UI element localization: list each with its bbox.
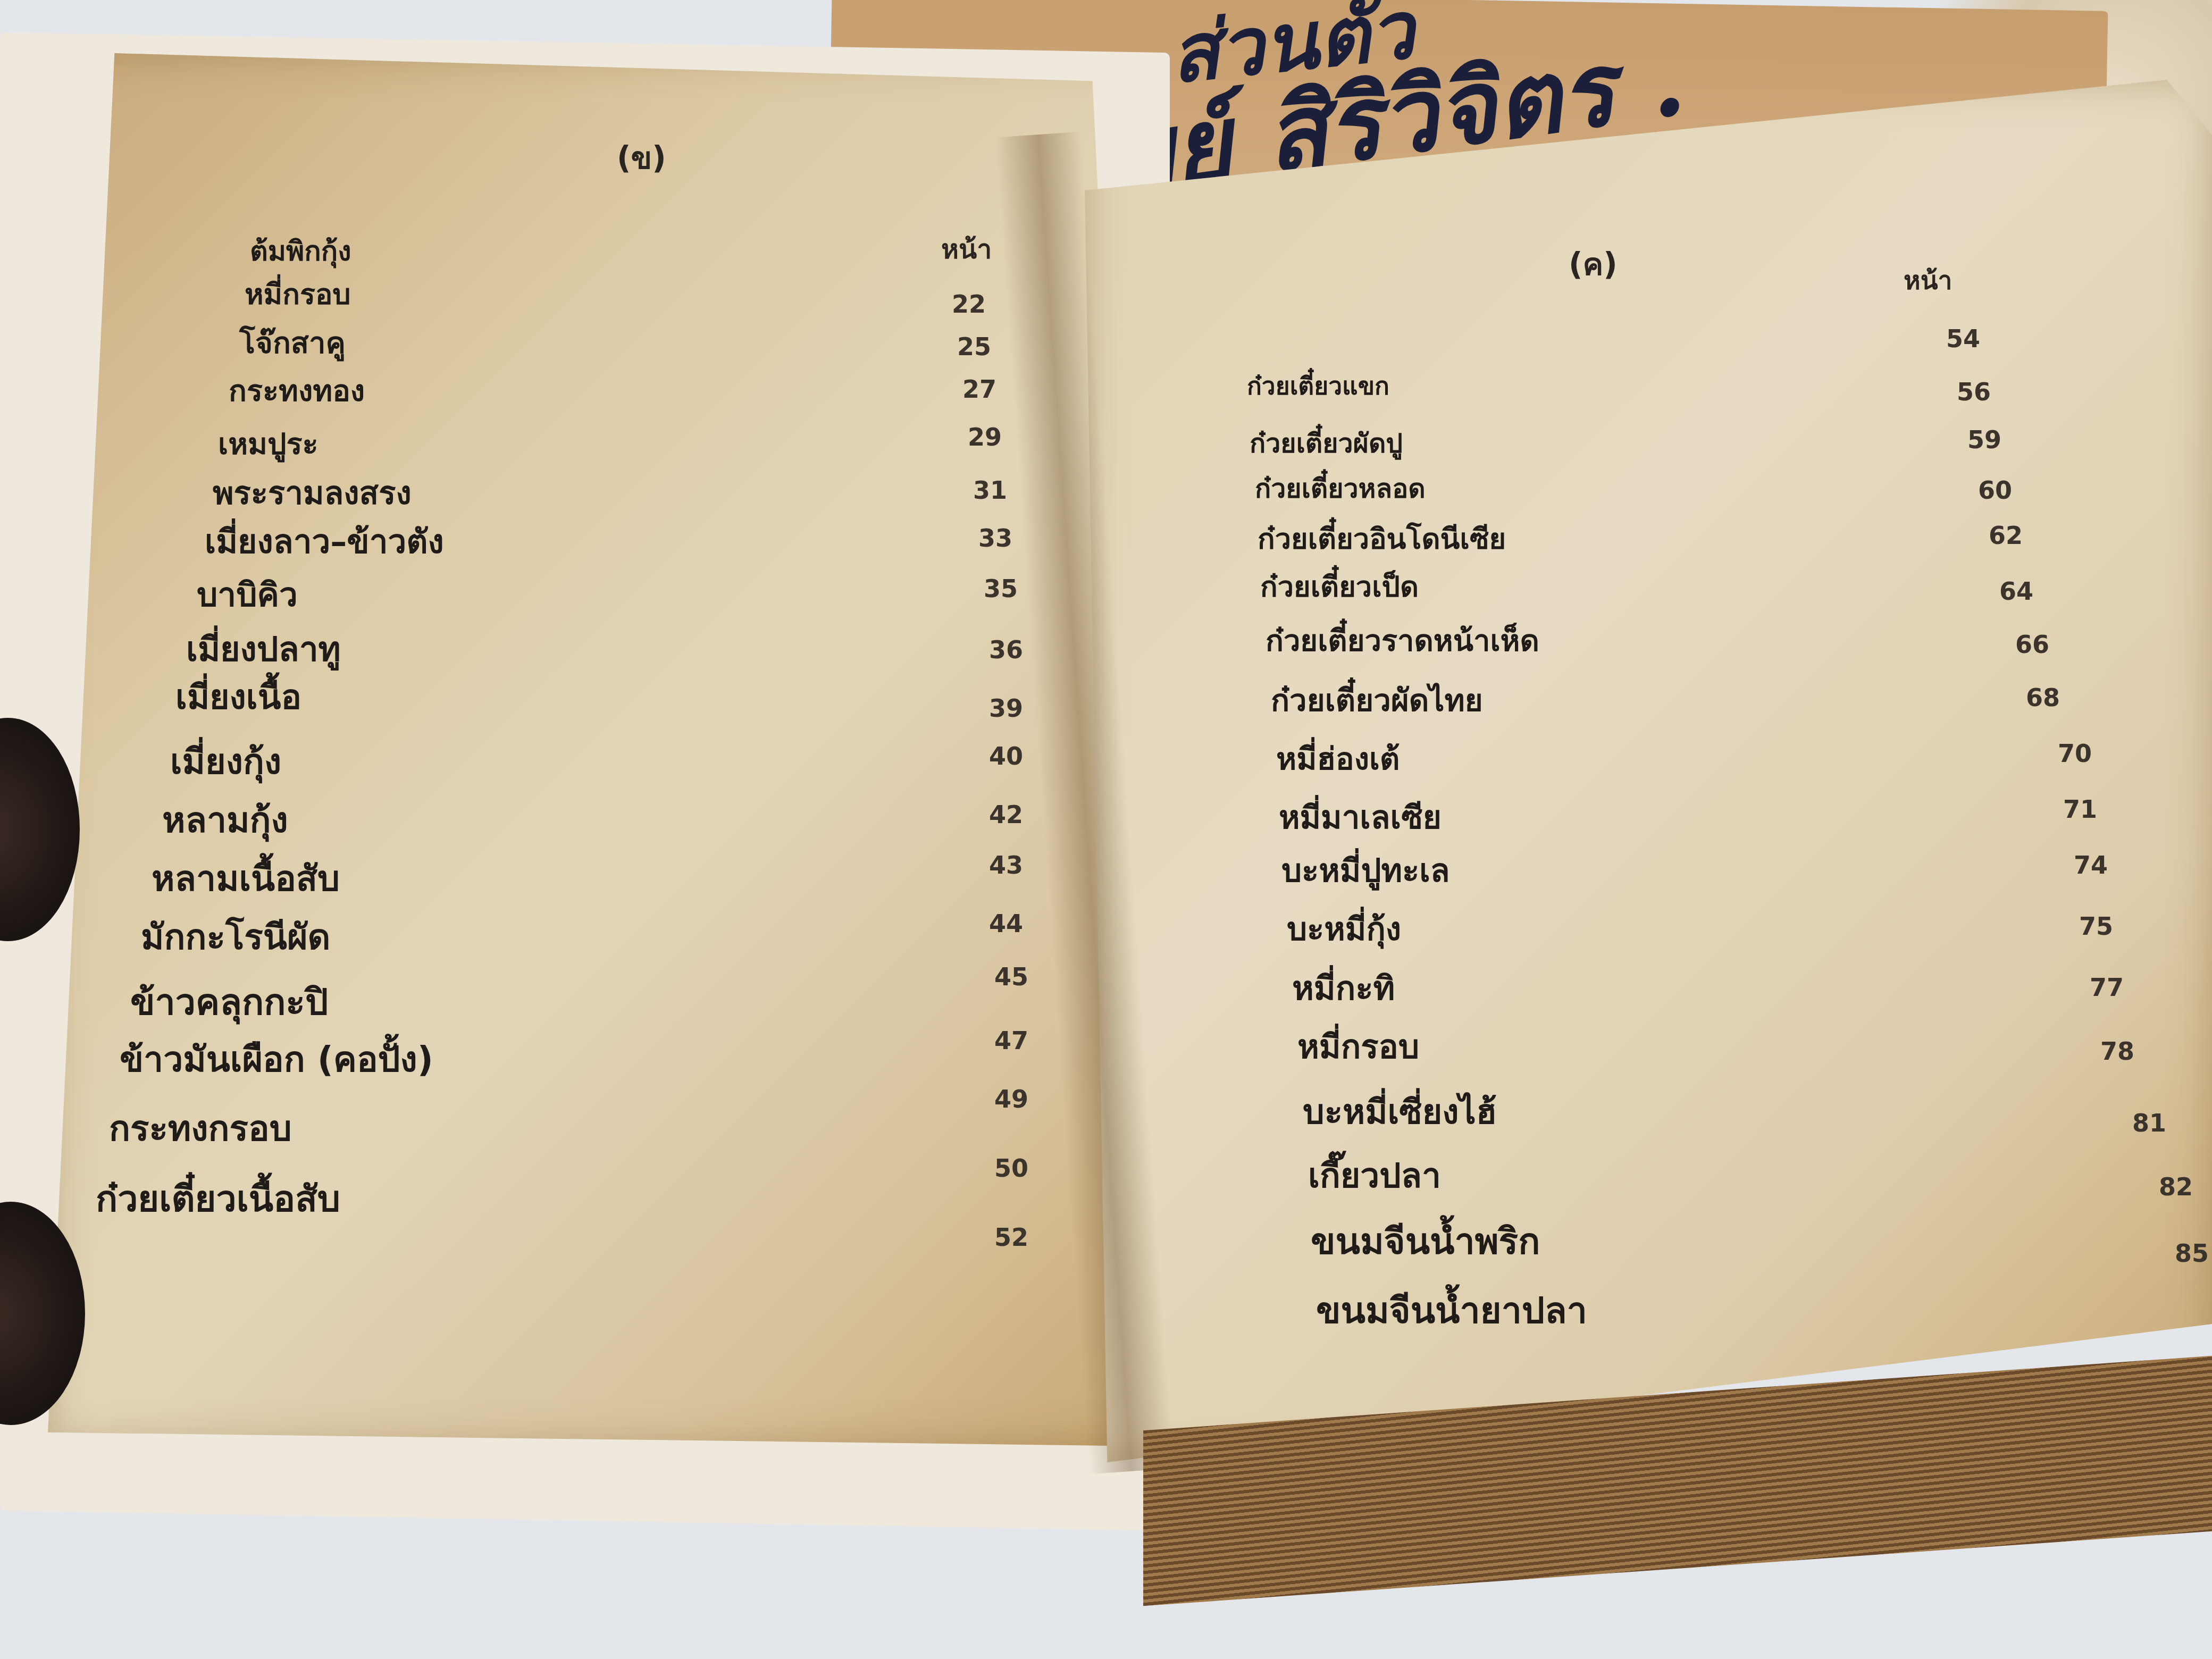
toc-entry-title: หลามกุ้ง <box>162 792 288 848</box>
toc-entry-title: กระทงทอง <box>229 367 365 414</box>
toc-entry-page-number: 45 <box>994 962 1028 991</box>
toc-entry-title: โจ๊กสาคู <box>239 319 346 366</box>
toc-entry-title: เมี่ยงลาว–ข้าวตัง <box>205 516 444 568</box>
toc-entry-page-number: 40 <box>989 742 1023 770</box>
toc-entry-title: หมี่มาเลเซีย <box>1279 792 1442 843</box>
toc-entry-title: ข้าวมันเผือก (คอปั้ง) <box>120 1032 433 1087</box>
right-column-heading: หน้า <box>1904 261 1952 301</box>
toc-entry-title: เหมปูระ <box>218 420 319 467</box>
toc-entry-page-number: 70 <box>2058 739 2092 768</box>
toc-entry-page-number: 29 <box>968 423 1002 451</box>
toc-entry-page-number: 43 <box>989 851 1023 879</box>
toc-entry-title: ขนมจีนน้ำยาปลา <box>1316 1281 1587 1339</box>
toc-entry-title: หมี่กรอบ <box>1297 1021 1419 1073</box>
toc-entry-title: หมี่กะทิ <box>1292 962 1395 1015</box>
toc-entry-page-number: 33 <box>978 524 1012 552</box>
toc-entry-page-number: 52 <box>994 1223 1028 1252</box>
toc-entry-title: พระรามลงสรง <box>213 468 412 518</box>
toc-entry-title: ก๋วยเตี๋ยวราดหน้าเห็ด <box>1266 617 1539 664</box>
toc-entry-page-number: 74 <box>2074 851 2108 879</box>
toc-entry-title: ต้มพิกกุ้ง <box>250 229 351 273</box>
toc-entry-page-number: 42 <box>989 800 1023 829</box>
toc-entry-title: หมี่ฮ่องเต้ <box>1276 734 1400 783</box>
toc-entry-title: ก๋วยเตี๋ยวผัดไทย <box>1271 675 1483 725</box>
toc-entry-page-number: 31 <box>973 476 1007 505</box>
toc-entry-title: ข้าวคลุกกะปิ <box>130 973 328 1030</box>
toc-entry-page-number: 81 <box>2132 1109 2166 1137</box>
toc-entry-title: มักกะโรนีผัด <box>141 909 330 965</box>
toc-entry-title: บะหมี่กุ้ง <box>1287 904 1401 954</box>
toc-entry-page-number: 39 <box>989 694 1023 723</box>
toc-entry-page-number: 68 <box>2026 683 2060 712</box>
right-page <box>1085 80 2212 1462</box>
toc-entry-title: เกี๊ยวปลา <box>1308 1149 1441 1203</box>
toc-entry-page-number: 82 <box>2159 1172 2193 1201</box>
toc-entry-page-number: 25 <box>957 332 991 361</box>
toc-entry-title: หมี่กรอบ <box>245 271 351 317</box>
toc-entry-page-number: 85 <box>2175 1239 2209 1268</box>
left-page-marker: (ข) <box>617 133 666 182</box>
toc-entry-page-number: 62 <box>1989 521 2023 550</box>
right-page-marker: (ค) <box>1569 239 1618 289</box>
toc-entry-page-number: 50 <box>994 1154 1028 1183</box>
toc-entry-page-number: 77 <box>2090 973 2124 1002</box>
toc-entry-title: ก๋วยเตี๋ยวแขก <box>1247 367 1389 406</box>
toc-entry-page-number: 66 <box>2015 630 2049 659</box>
toc-entry-title: เมี่ยงปลาทู <box>186 622 341 676</box>
toc-entry-page-number: 49 <box>994 1085 1028 1113</box>
toc-entry-page-number: 44 <box>989 909 1023 938</box>
toc-entry-title: ก๋วยเตี๋ยวผัดปู <box>1250 423 1403 465</box>
toc-entry-title: บะหมี่ปูทะเล <box>1281 845 1450 896</box>
toc-entry-title: ก๋วยเตี๋ยวเนื้อสับ <box>96 1170 340 1227</box>
toc-entry-page-number: 36 <box>989 635 1023 664</box>
toc-entry-page-number: 78 <box>2100 1037 2134 1066</box>
toc-entry-page-number: 60 <box>1978 476 2012 505</box>
toc-entry-page-number: 27 <box>962 375 996 404</box>
toc-entry-page-number: 35 <box>984 574 1018 603</box>
toc-entry-title: กระทงกรอบ <box>109 1101 292 1157</box>
toc-entry-page-number: 75 <box>2079 912 2113 941</box>
toc-entry-title: ก๋วยเตี๋ยวหลอด <box>1255 468 1426 510</box>
toc-entry-title: บะหมี่เซี่ยงไฮ้ <box>1303 1085 1497 1139</box>
toc-entry-page-number: 59 <box>1967 425 2001 454</box>
toc-entry-title: เมี่ยงเนื้อ <box>175 670 301 724</box>
toc-entry-title: หลามเนื้อสับ <box>152 851 340 907</box>
toc-entry-page-number: 22 <box>952 290 986 319</box>
toc-entry-page-number: 47 <box>994 1026 1028 1055</box>
toc-entry-page-number: 71 <box>2063 795 2097 824</box>
toc-entry-page-number: 56 <box>1957 378 1991 406</box>
toc-entry-title: ขนมจีนน้ำพริก <box>1311 1212 1540 1270</box>
toc-entry-title: ก๋วยเตี๋ยวเป็ด <box>1260 564 1419 609</box>
toc-entry-title: เมี่ยงกุ้ง <box>170 734 281 790</box>
left-column-heading: หน้า <box>941 229 992 271</box>
toc-entry-title: บาบิคิว <box>197 569 298 621</box>
toc-entry-page-number: 54 <box>1946 324 1980 353</box>
toc-entry-title: ก๋วยเตี๋ยวอินโดนีเซีย <box>1258 516 1506 562</box>
toc-entry-page-number: 64 <box>1999 577 2033 606</box>
